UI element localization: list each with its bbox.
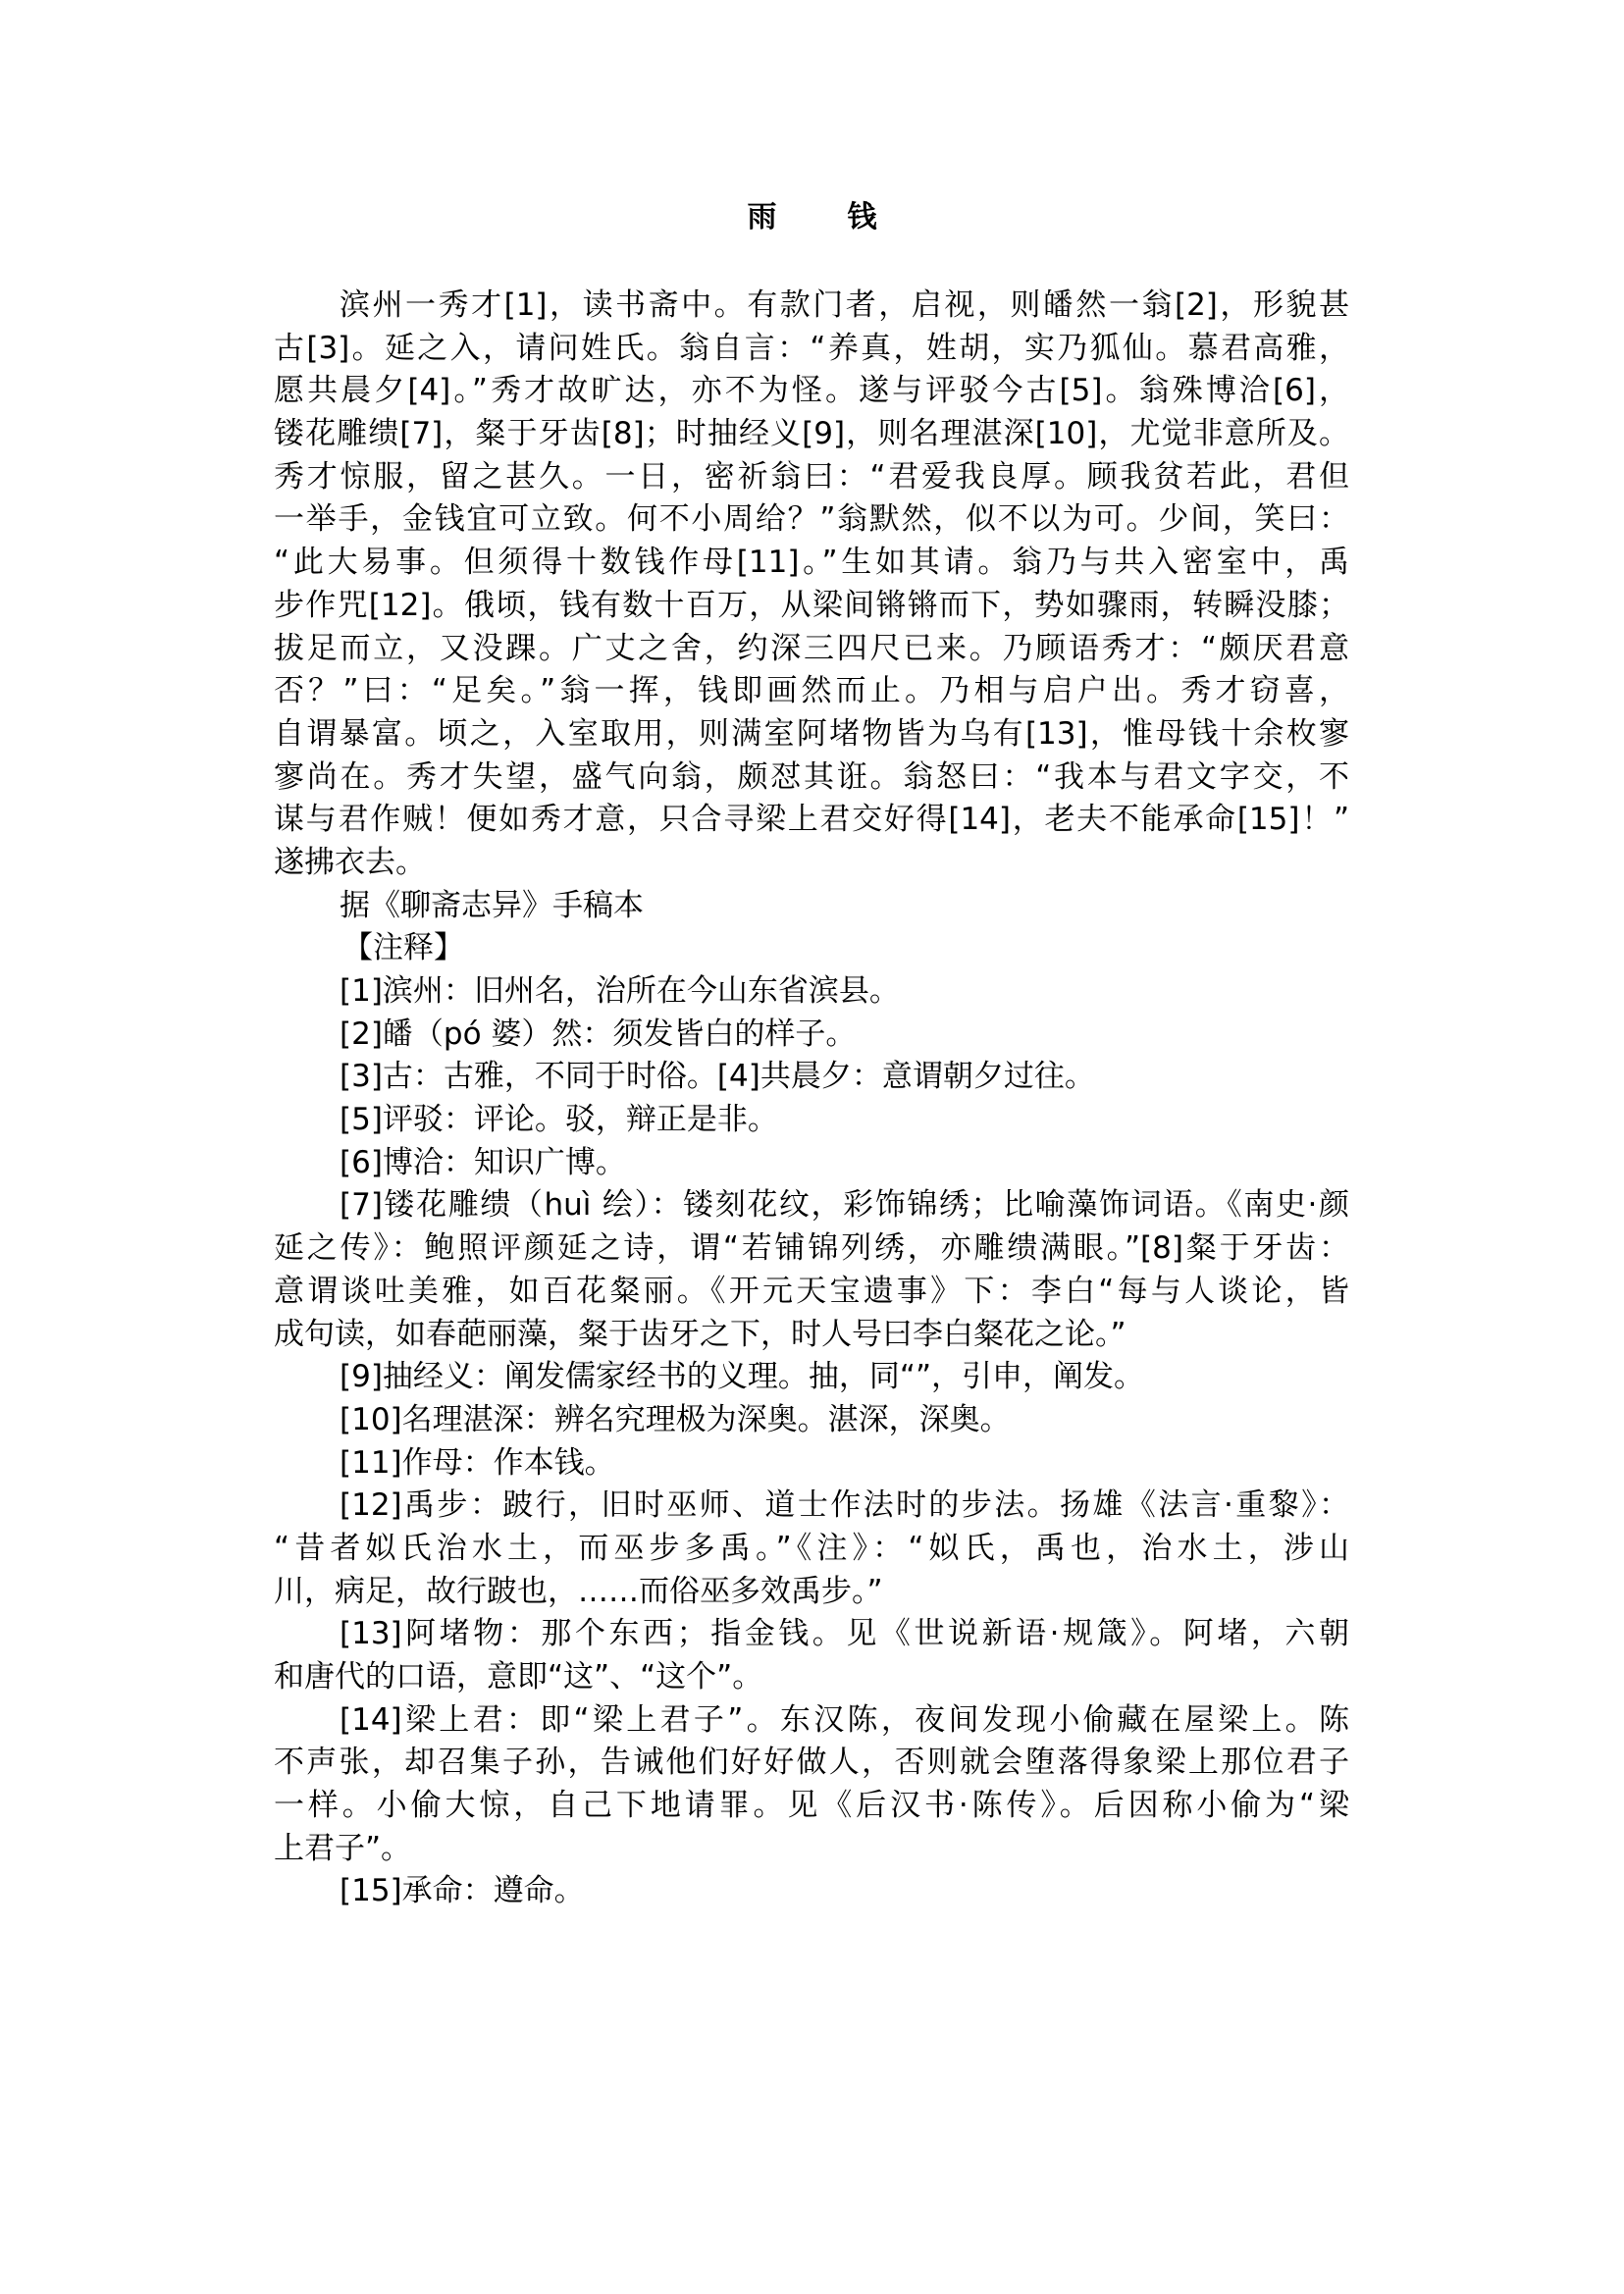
- note-line: 一样。小偷大惊，自己下地请罪。见《后汉书·陈传》。后因称小偷为“梁: [274, 1785, 1349, 1828]
- text-line: 步作咒[12]。俄顷，钱有数十百万，从梁间锵锵而下，势如骤雨，转瞬没膝；: [274, 585, 1349, 628]
- text-line: 谋与君作贼！便如秀才意，只合寻梁上君交好得[14]，老夫不能承命[15]！”: [274, 799, 1349, 842]
- note-line: “昔者姒氏治水土，而巫步多禹。”《注》：“姒氏，禹也，治水土，涉山: [274, 1528, 1349, 1571]
- note-line: 不声张，却召集子孙，告诫他们好好做人，否则就会堕落得象梁上那位君子: [274, 1742, 1349, 1785]
- note-line: [9]抽经义：阐发儒家经书的义理。抽，同“”，引申，阐发。: [274, 1356, 1349, 1399]
- note-line: 成句读，如春葩丽藻，粲于齿牙之下，时人号曰李白粲花之论。”: [274, 1314, 1349, 1357]
- document-page: 雨钱 滨州一秀才[1]，读书斋中。有款门者，启视，则皤然一翁[2]，形貌甚 古[…: [0, 0, 1624, 2294]
- text-line: 古[3]。延之入，请问姓氏。翁自言：“养真，姓胡，实乃狐仙。慕君高雅，: [274, 328, 1349, 371]
- note-line: [1]滨州：旧州名，治所在今山东省滨县。: [274, 970, 1349, 1014]
- text-line: 镂花雕缋[7]，粲于牙齿[8]；时抽经义[9]，则名理湛深[10]，尤觉非意所及…: [274, 413, 1349, 456]
- story-paragraph: 滨州一秀才[1]，读书斋中。有款门者，启视，则皤然一翁[2]，形貌甚 古[3]。…: [274, 285, 1349, 885]
- text-line: 遂拂衣去。: [274, 842, 1349, 885]
- note-line: [6]博洽：知识广博。: [274, 1142, 1349, 1185]
- text-line: 否？”曰：“足矣。”翁一挥，钱即画然而止。乃相与启户出。秀才窃喜，: [274, 670, 1349, 713]
- note-line: [12]禹步：跛行，旧时巫师、道士作法时的步法。扬雄《法言·重黎》：: [274, 1485, 1349, 1528]
- title-char-2: 钱: [848, 196, 877, 239]
- note-line: 意谓谈吐美雅，如百花粲丽。《开元天宝遗事》下：李白“每与人谈论，皆: [274, 1271, 1349, 1314]
- note-line: [10]名理湛深：辨名究理极为深奥。湛深，深奥。: [274, 1399, 1349, 1442]
- document-body: 滨州一秀才[1]，读书斋中。有款门者，启视，则皤然一翁[2]，形貌甚 古[3]。…: [274, 285, 1349, 1913]
- title-char-1: 雨: [748, 196, 777, 239]
- text-line: 拔足而立，又没踝。广丈之舍，约深三四尺已来。乃顾语秀才：“颇厌君意: [274, 628, 1349, 671]
- note-line: [2]皤（pó 婆）然：须发皆白的样子。: [274, 1014, 1349, 1057]
- notes-list: [1]滨州：旧州名，治所在今山东省滨县。 [2]皤（pó 婆）然：须发皆白的样子…: [274, 970, 1349, 1913]
- note-line: 川，病足，故行跛也，……而俗巫多效禹步。”: [274, 1571, 1349, 1614]
- note-line: [14]梁上君：即“梁上君子”。东汉陈，夜间发现小偷藏在屋梁上。陈: [274, 1699, 1349, 1743]
- text-line: 愿共晨夕[4]。”秀才故旷达，亦不为怪。遂与评驳今古[5]。翁殊博洽[6]，: [274, 370, 1349, 413]
- note-line: 和唐代的口语，意即“这”、“这个”。: [274, 1656, 1349, 1699]
- page-title: 雨钱: [0, 196, 1624, 239]
- note-line: [5]评驳：评论。驳，辩正是非。: [274, 1099, 1349, 1142]
- note-line: 上君子”。: [274, 1828, 1349, 1871]
- note-line: 延之传》：鲍照评颜延之诗，谓“若铺锦列绣，亦雕缋满眼。”[8]粲于牙齿：: [274, 1227, 1349, 1271]
- note-line: [3]古：古雅，不同于时俗。[4]共晨夕：意谓朝夕过往。: [274, 1056, 1349, 1099]
- source-citation: 据《聊斋志异》手稿本: [274, 885, 1349, 928]
- notes-heading: 【注释】: [274, 927, 1349, 970]
- text-line: 秀才惊服，留之甚久。一日，密祈翁曰：“君爱我良厚。顾我贫若此，君但: [274, 456, 1349, 499]
- text-line: 一举手，金钱宜可立致。何不小周给？”翁默然，似不以为可。少间，笑曰：: [274, 498, 1349, 542]
- text-line: “此大易事。但须得十数钱作母[11]。”生如其请。翁乃与共入密室中，禹: [274, 542, 1349, 585]
- note-line: [11]作母：作本钱。: [274, 1442, 1349, 1486]
- text-line: 寥尚在。秀才失望，盛气向翁，颇怼其诳。翁怒曰：“我本与君文字交，不: [274, 756, 1349, 800]
- note-line: [13]阿堵物：那个东西；指金钱。见《世说新语·规箴》。阿堵，六朝: [274, 1613, 1349, 1656]
- note-line: [7]镂花雕缋（huì 绘）：镂刻花纹，彩饰锦绣；比喻藻饰词语。《南史·颜: [274, 1184, 1349, 1227]
- text-line: 滨州一秀才[1]，读书斋中。有款门者，启视，则皤然一翁[2]，形貌甚: [274, 285, 1349, 328]
- text-line: 自谓暴富。顷之，入室取用，则满室阿堵物皆为乌有[13]，惟母钱十余枚寥: [274, 713, 1349, 756]
- note-line: [15]承命：遵命。: [274, 1870, 1349, 1913]
